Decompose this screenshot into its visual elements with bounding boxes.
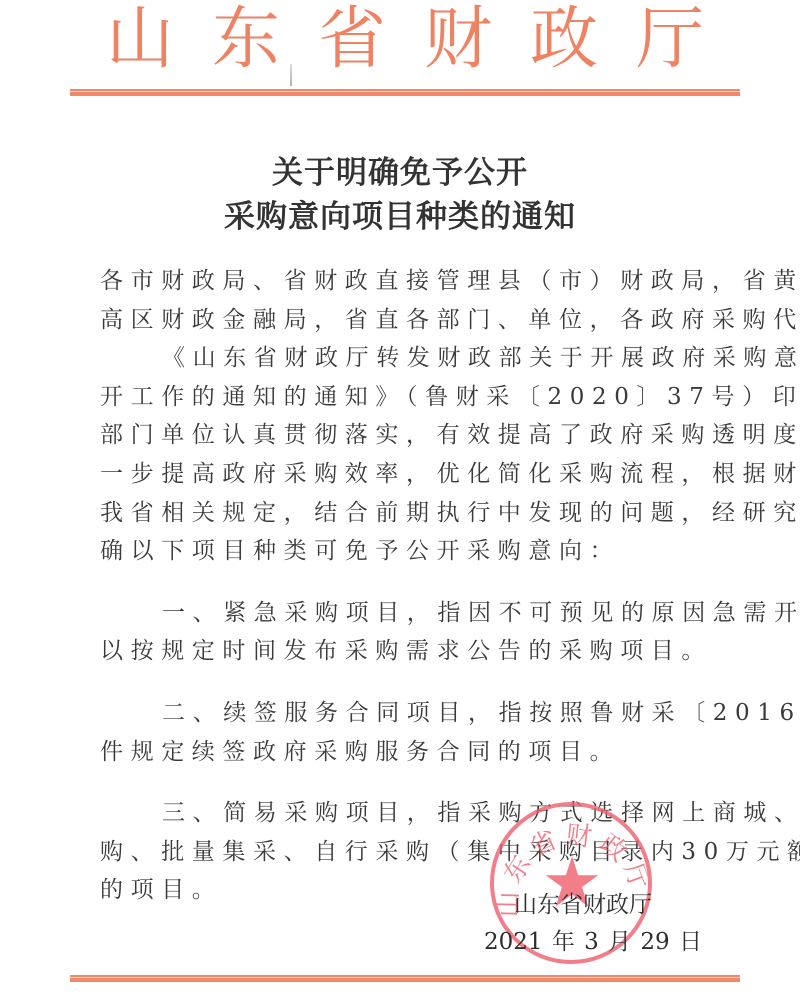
title-line-2: 采购意向项目种类的通知	[0, 195, 800, 239]
document-title: 关于明确免予公开 采购意向项目种类的通知	[0, 151, 800, 239]
masthead-char: 省	[318, 4, 386, 76]
masthead-char: 财	[424, 4, 492, 76]
issuer-signature: 山东省财政厅	[514, 890, 652, 920]
title-line-1: 关于明确免予公开	[0, 151, 800, 195]
body-line-paragraph: 《山东省财政厅转发财政部关于开展政府采购意向公	[100, 339, 725, 378]
body-line-paragraph: 开工作的通知的通知》（鲁财采〔2020〕37号）印发后，各	[100, 378, 725, 417]
footer-red-rule	[70, 975, 740, 982]
masthead-char: 东	[212, 4, 280, 76]
body-line-paragraph: 确以下项目种类可免予公开采购意向：	[100, 532, 725, 571]
masthead-char: 厅	[636, 4, 704, 76]
body-line-item-2: 件规定续签政府采购服务合同的项目。	[100, 733, 725, 772]
body-line-item-2: 二、续签服务合同项目，指按照鲁财采〔2016〕45号文	[100, 694, 725, 733]
masthead-char: 山	[106, 4, 174, 76]
body-line-paragraph: 一步提高政府采购效率，优化简化采购流程，根据财政部及	[100, 455, 725, 494]
issue-date: 2021 年 3 月 29 日	[484, 927, 702, 957]
masthead: 山 东 省 财 政 厅	[0, 0, 800, 90]
body-line-addressee: 各市财政局、省财政直接管理县（市）财政局，省黄三角农	[100, 262, 725, 301]
body-line-paragraph: 我省相关规定，结合前期执行中发现的问题，经研究，现明	[100, 494, 725, 533]
body-line-paragraph: 部门单位认真贯彻落实，有效提高了政府采购透明度。为进	[100, 416, 725, 455]
header-red-rule	[70, 89, 740, 96]
body-line-item-1: 以按规定时间发布采购需求公告的采购项目。	[100, 632, 725, 671]
body-line-addressee: 高区财政金融局，省直各部门、单位，各政府采购代理机构：	[100, 301, 725, 340]
body-line-item-1: 一、紧急采购项目，指因不可预见的原因急需开展、难	[100, 594, 725, 633]
masthead-char: 政	[530, 4, 598, 76]
scan-artifact	[290, 64, 292, 86]
